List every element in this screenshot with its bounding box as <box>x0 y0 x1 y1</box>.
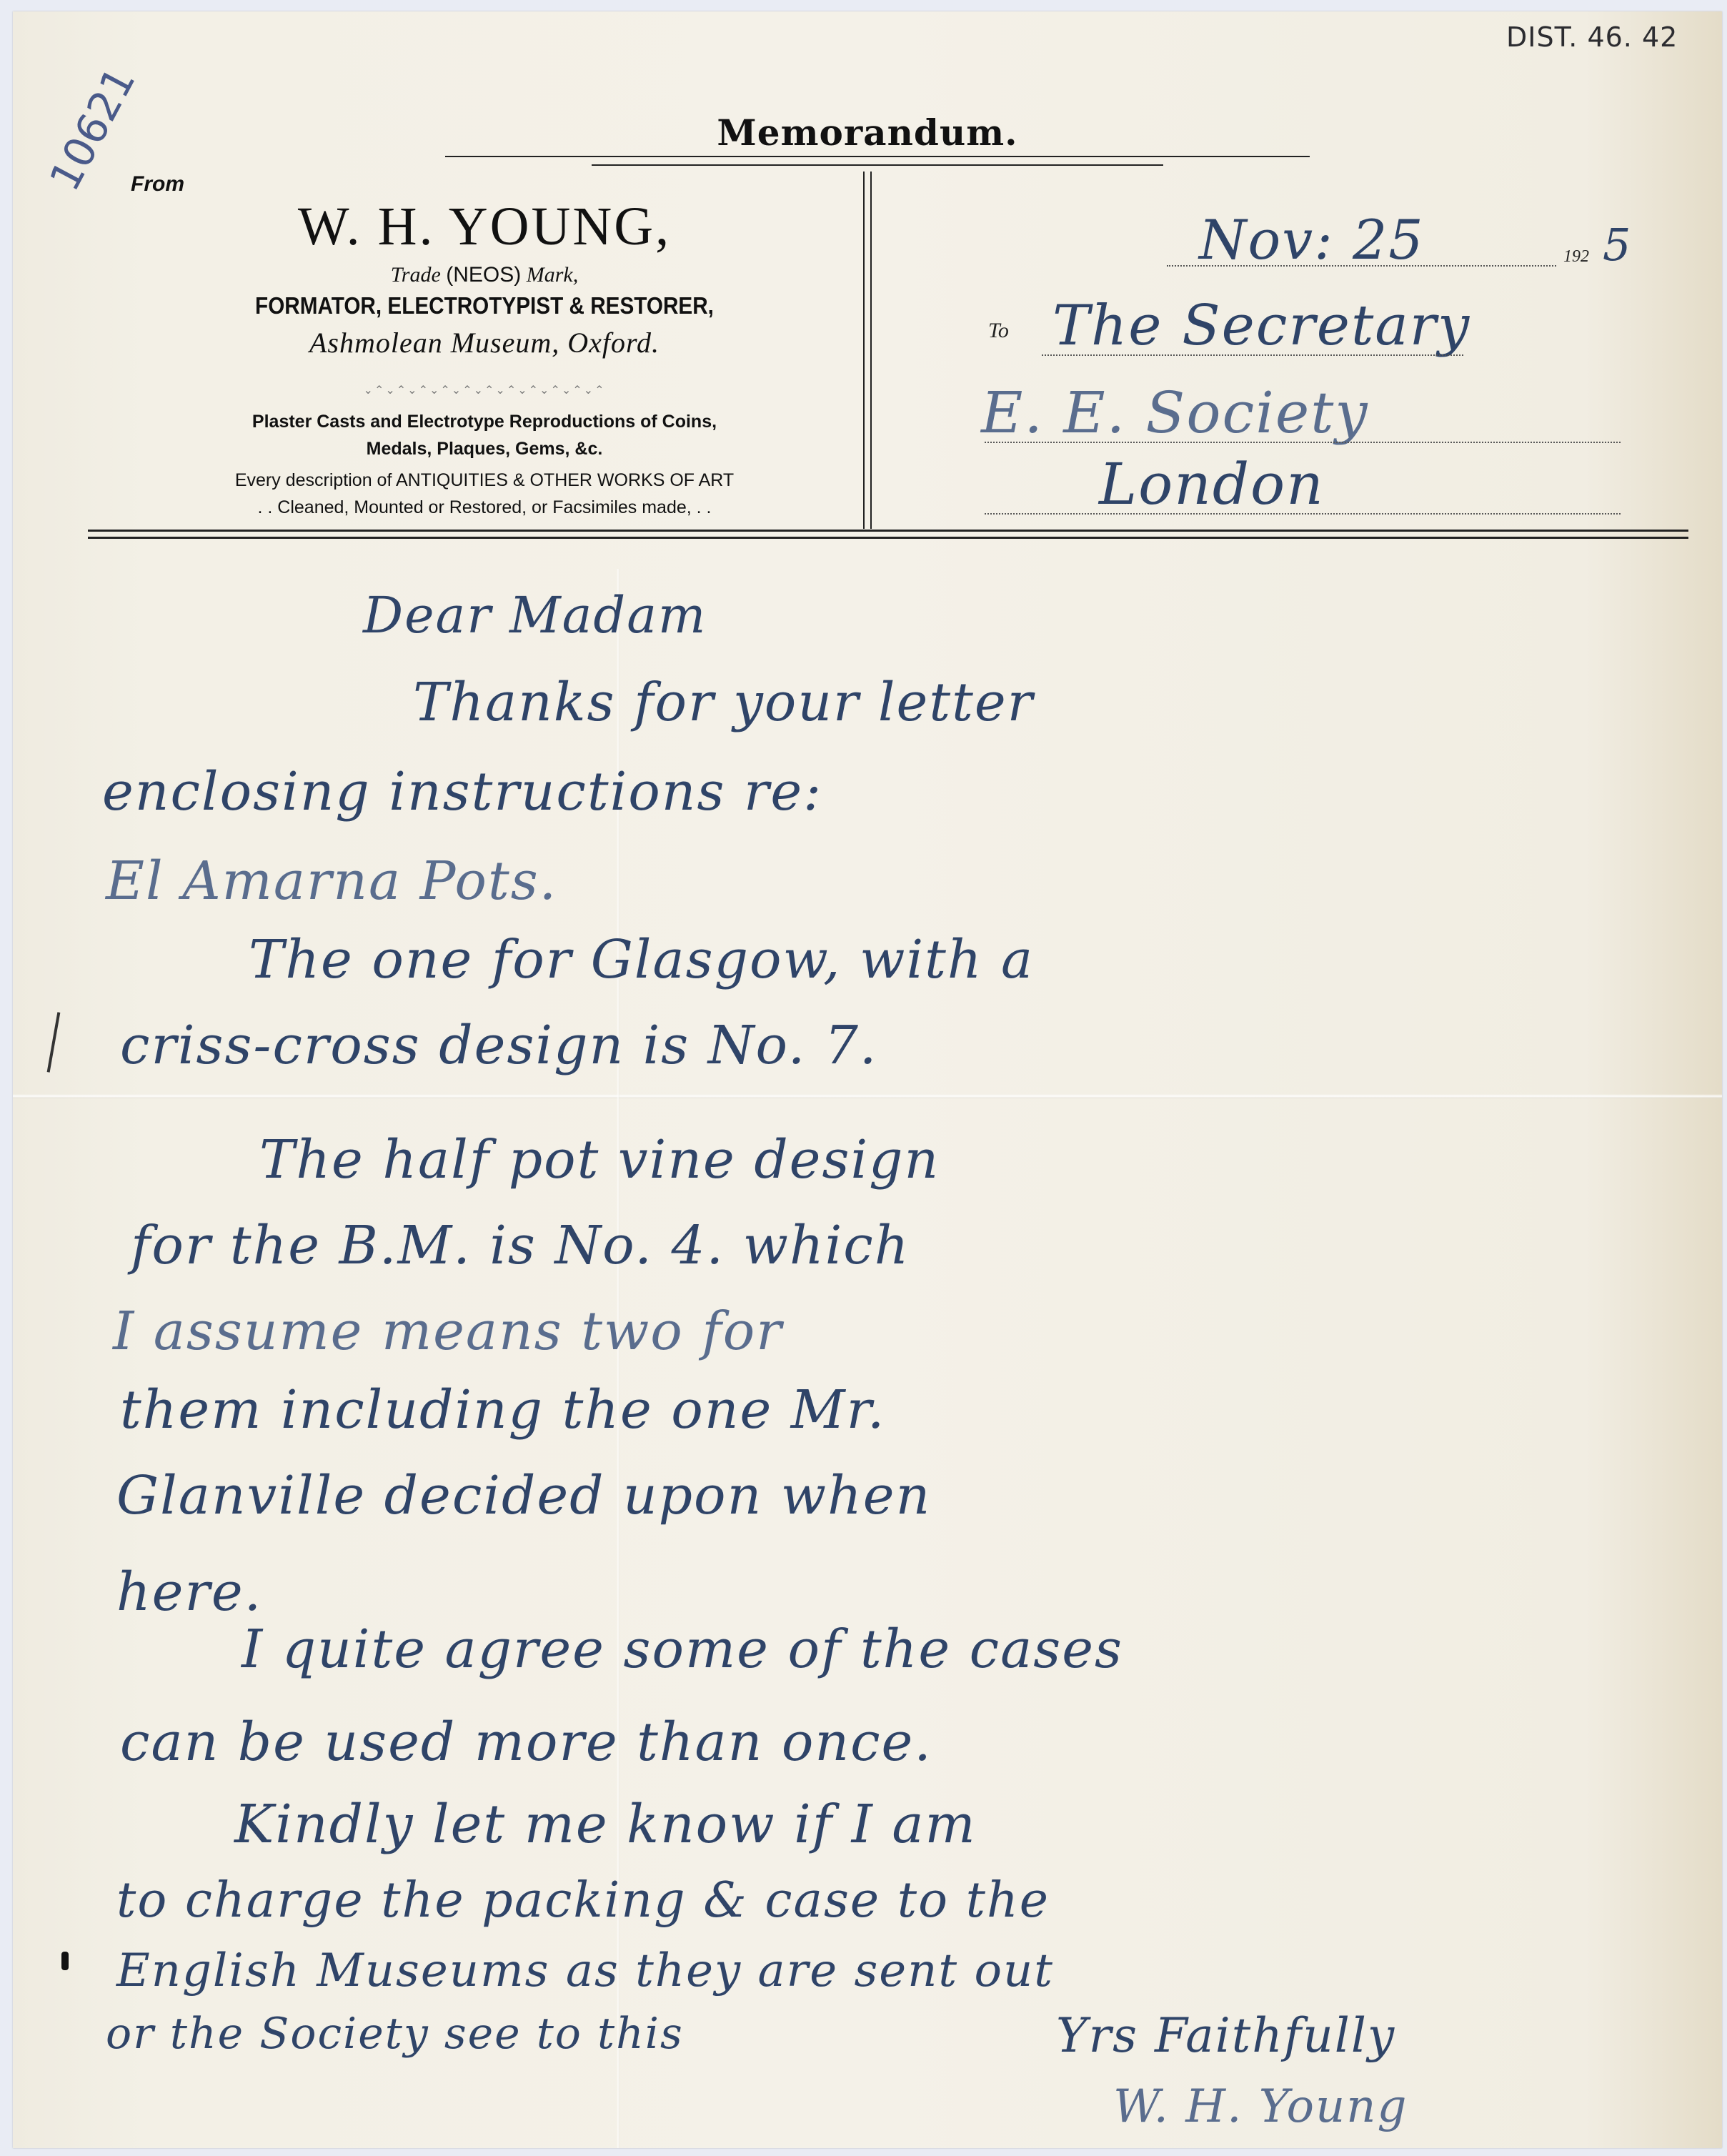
to-label: To <box>988 319 1009 343</box>
header-rule-bottom <box>88 537 1688 539</box>
services-description: Plaster Casts and Electrotype Reproducti… <box>113 408 856 462</box>
letter-line: Kindly let me know if I am <box>234 1798 977 1851</box>
services-line-2: Medals, Plaques, Gems, &c. <box>113 435 856 462</box>
column-divider-left <box>863 172 865 529</box>
trademark-suffix: Mark, <box>527 263 578 287</box>
memorandum-title: Memorandum. <box>13 111 1722 154</box>
letter-line: English Museums as they are sent out <box>116 1948 1054 1994</box>
title-rule-bottom <box>592 164 1163 166</box>
letter-sheet: 10621 DIST. 46. 42 Memorandum. From W. H… <box>13 11 1722 2148</box>
check-mark <box>47 1012 61 1072</box>
from-label: From <box>131 172 184 197</box>
recipient-line-1: The Secretary <box>1052 294 1470 358</box>
closing: Yrs Faithfully <box>1056 2012 1395 2060</box>
works-description: Every description of ANTIQUITIES & OTHER… <box>113 467 856 521</box>
letter-line: can be used more than once. <box>120 1716 932 1769</box>
letter-line: The half pot vine design <box>259 1133 940 1186</box>
letter-line: to charge the packing & case to the <box>116 1877 1050 1925</box>
works-line-2: . . Cleaned, Mounted or Restored, or Fac… <box>113 494 856 521</box>
date-field-line <box>1167 265 1556 267</box>
sender-address: Ashmolean Museum, Oxford. <box>113 326 856 359</box>
column-divider-right <box>870 172 872 529</box>
recipient-line-2: E. E. Society <box>981 379 1369 446</box>
trademark-line: Trade (NEOS) Mark, <box>113 263 856 287</box>
margin-mark <box>61 1952 69 1970</box>
letter-line: Thanks for your letter <box>413 676 1034 729</box>
signature: W. H. Young <box>1113 2084 1408 2130</box>
sender-name: W. H. YOUNG, <box>113 196 856 258</box>
year-prefix: 192 <box>1563 247 1589 267</box>
recipient-line-3: London <box>1099 451 1325 517</box>
title-rule-top <box>445 156 1310 157</box>
year-suffix: 5 <box>1603 219 1632 271</box>
catalog-code-annotation: DIST. 46. 42 <box>1506 21 1678 53</box>
date-value: Nov: 25 <box>1199 208 1425 272</box>
letter-line: I assume means two for <box>113 1305 783 1358</box>
letter-line: I quite agree some of the cases <box>242 1623 1123 1676</box>
trademark-name: (NEOS) <box>446 263 521 287</box>
profession-line: FORMATOR, ELECTROTYPIST & RESTORER, <box>150 292 819 319</box>
salutation: Dear Madam <box>363 590 707 640</box>
works-line-1: Every description of ANTIQUITIES & OTHER… <box>113 467 856 494</box>
letter-line: them including the one Mr. <box>120 1383 885 1436</box>
recipient-field-line-1 <box>1042 354 1463 356</box>
letter-line: for the B.M. is No. 4. which <box>131 1219 910 1272</box>
letter-line: or the Society see to this <box>106 2012 684 2055</box>
letter-line: The one for Glasgow, with a <box>249 933 1034 986</box>
recipient-field-line-2 <box>985 442 1621 443</box>
ornament-divider: ⌄⌃⌄⌃⌄⌃⌄⌃⌄⌃⌄⌃⌄⌃⌄⌃⌄⌃⌄⌃⌄⌃ <box>113 383 856 397</box>
header-rule-top <box>88 530 1688 532</box>
trademark-prefix: Trade <box>391 263 441 287</box>
letter-line: El Amarna Pots. <box>106 855 557 908</box>
letter-line: enclosing instructions re: <box>102 765 822 818</box>
recipient-field-line-3 <box>985 513 1621 515</box>
services-line-1: Plaster Casts and Electrotype Reproducti… <box>113 408 856 435</box>
horizontal-fold-crease <box>13 1094 1722 1098</box>
letter-line: here. <box>116 1566 262 1619</box>
letter-line: Glanville decided upon when <box>116 1469 931 1522</box>
letter-line: criss-cross design is No. 7. <box>120 1019 877 1072</box>
